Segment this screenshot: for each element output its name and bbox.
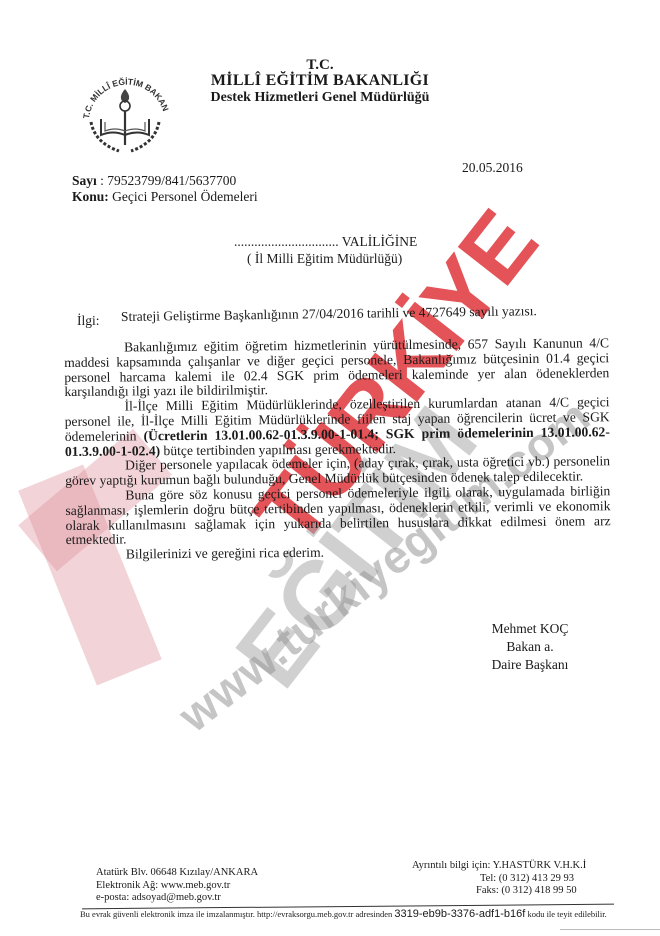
document-number: Sayı : 79523799/841/5637700	[72, 173, 236, 189]
paragraph-2: İl-İlçe Milli Eğitim Müdürlüklerinde, öz…	[65, 395, 610, 459]
signer-title-2: Daire Başkanı	[470, 656, 590, 674]
document-date: 20.05.2016	[462, 160, 523, 176]
verify-prefix: Bu evrak güvenli elektronik imza ile imz…	[80, 909, 392, 919]
recipient-line1: ............................... VALİLİĞİ…	[234, 234, 417, 250]
verify-code[interactable]: 3319-eb9b-3376-adf1-b16f	[394, 908, 525, 920]
footer-tel: Tel: (0 312) 413 29 93	[412, 873, 617, 886]
footer-address-block: Atatürk Blv. 06648 Kızılay/ANKARA Elektr…	[96, 867, 258, 905]
footer-fax: Faks: (0 312) 418 99 50	[412, 885, 617, 898]
document-page: TÜRKİYE EĞİTİM www.turkiyegitim.com T.C.…	[0, 0, 660, 936]
reference-text: Strateji Geliştirme Başkanlığının 27/04/…	[121, 303, 537, 325]
paragraph-1: Bakanlığımız eğitim öğretim hizmetlerini…	[64, 336, 609, 400]
header-ministry: MİLLÎ EĞİTİM BAKANLIĞI	[190, 72, 450, 90]
signer-title-1: Bakan a.	[470, 638, 590, 656]
meb-emblem-icon: T.C. MİLLÎ EĞİTİM BAKANLIĞI	[75, 67, 175, 157]
header-department: Destek Hizmetleri Genel Müdürlüğü	[190, 90, 450, 106]
paragraph-5: Bilgilerinizi ve gereğini rica ederim.	[66, 543, 611, 563]
footer-contact-block: Ayrıntılı bilgi için: Y.HASTÜRK V.H.K.İ …	[412, 860, 617, 898]
verify-suffix: kodu ile teyit edilebilir.	[527, 909, 606, 919]
document-subject: Konu: Geçici Personel Ödemeleri	[72, 189, 258, 205]
signer-name: Mehmet KOÇ	[470, 620, 590, 638]
footer-address: Atatürk Blv. 06648 Kızılay/ANKARA	[96, 867, 258, 880]
letter-body: Bakanlığımız eğitim öğretim hizmetlerini…	[64, 336, 611, 563]
verification-line: Bu evrak güvenli elektronik imza ile imz…	[80, 908, 607, 921]
footer-email[interactable]: e-posta: adsoyad@meb.gov.tr	[96, 892, 258, 905]
footer-web[interactable]: Elektronik Ağ: www.meb.gov.tr	[96, 880, 258, 893]
konu-label: Konu:	[72, 189, 109, 204]
reference-label: İlgi:	[77, 313, 100, 329]
sayi-label: Sayı	[72, 173, 97, 188]
konu-value: Geçici Personel Ödemeleri	[112, 189, 257, 204]
signature-block: Mehmet KOÇ Bakan a. Daire Başkanı	[470, 620, 590, 674]
bottom-shadow-line	[560, 929, 660, 930]
sayi-value: : 79523799/841/5637700	[100, 173, 236, 188]
paragraph-4: Buna göre söz konusu geçici personel öde…	[65, 484, 610, 548]
footer-contact: Ayrıntılı bilgi için: Y.HASTÜRK V.H.K.İ	[412, 860, 617, 873]
recipient-line2: ( İl Milli Eğitim Müdürlüğü)	[247, 251, 402, 267]
